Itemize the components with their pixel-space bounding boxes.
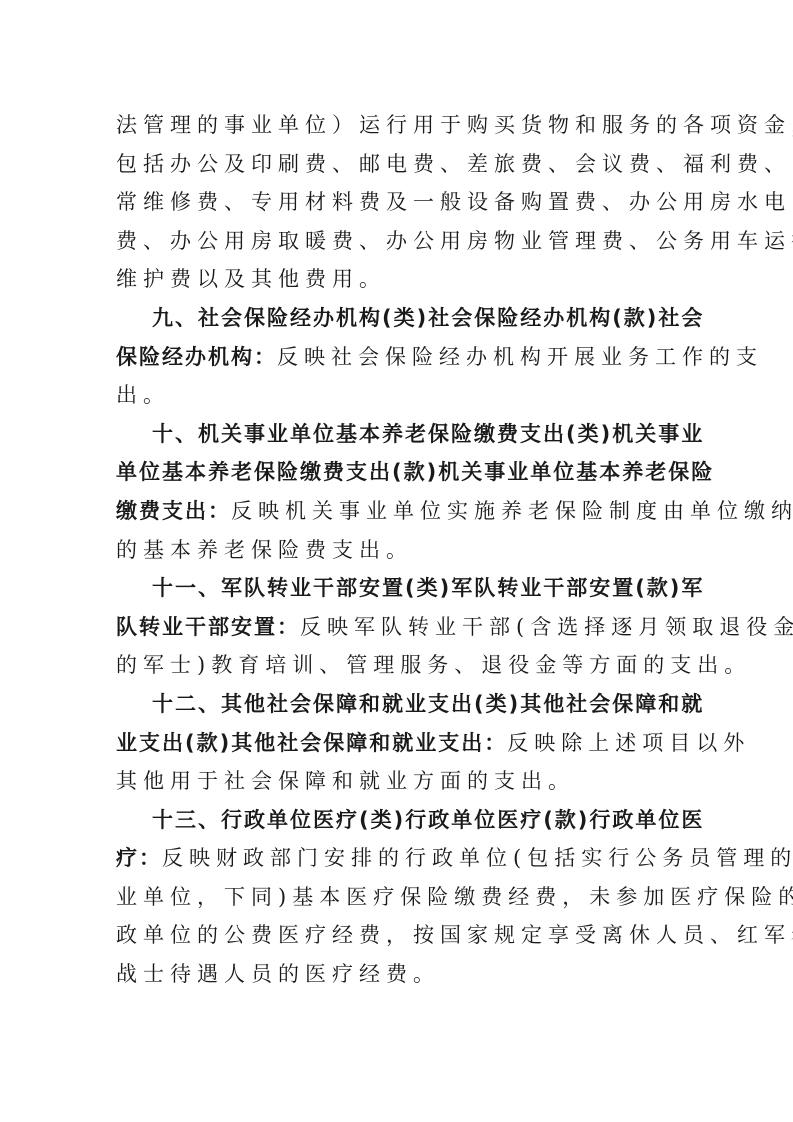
section-9: 九、社会保险经办机构(类)社会保险经办机构(款)社会 保险经办机构：反映社会保险… — [116, 299, 686, 415]
section-12: 十二、其他社会保障和就业支出(类)其他社会保障和就 业支出(款)其他社会保障和就… — [116, 685, 686, 801]
section-line: 战士待遇人员的医疗经费。 — [116, 955, 686, 994]
text-line: 法管理的事业单位）运行用于购买货物和服务的各项资金， — [116, 106, 686, 145]
paragraph-continuation: 法管理的事业单位）运行用于购买货物和服务的各项资金， 包括办公及印刷费、邮电费、… — [116, 106, 686, 299]
section-13: 十三、行政单位医疗(类)行政单位医疗(款)行政单位医 疗：反映财政部门安排的行政… — [116, 801, 686, 994]
text-line: 费、办公用房取暖费、办公用房物业管理费、公务用车运行 — [116, 222, 686, 261]
section-line: 疗：反映财政部门安排的行政单位(包括实行公务员管理的事 — [116, 839, 686, 878]
section-heading: 十三、行政单位医疗(类)行政单位医疗(款)行政单位医 — [116, 801, 686, 840]
section-line: 出。 — [116, 376, 686, 415]
section-heading: 九、社会保险经办机构(类)社会保险经办机构(款)社会 — [116, 299, 686, 338]
section-line: 政单位的公费医疗经费，按国家规定享受离休人员、红军老 — [116, 916, 686, 955]
section-line: 缴费支出：反映机关事业单位实施养老保险制度由单位缴纳 — [116, 492, 686, 531]
section-line: 单位基本养老保险缴费支出(款)机关事业单位基本养老保险 — [116, 453, 686, 492]
section-line: 其他用于社会保障和就业方面的支出。 — [116, 762, 686, 801]
section-line: 的军士)教育培训、管理服务、退役金等方面的支出。 — [116, 646, 686, 685]
section-heading: 十二、其他社会保障和就业支出(类)其他社会保障和就 — [116, 685, 686, 724]
text-line: 包括办公及印刷费、邮电费、差旅费、会议费、福利费、日 — [116, 145, 686, 184]
section-11: 十一、军队转业干部安置(类)军队转业干部安置(款)军 队转业干部安置：反映军队转… — [116, 569, 686, 685]
section-line: 业支出(款)其他社会保障和就业支出：反映除上述项目以外 — [116, 724, 686, 763]
section-heading: 十、机关事业单位基本养老保险缴费支出(类)机关事业 — [116, 415, 686, 454]
section-10: 十、机关事业单位基本养老保险缴费支出(类)机关事业 单位基本养老保险缴费支出(款… — [116, 415, 686, 569]
document-body: 法管理的事业单位）运行用于购买货物和服务的各项资金， 包括办公及印刷费、邮电费、… — [116, 106, 686, 994]
section-line: 业单位，下同)基本医疗保险缴费经费，未参加医疗保险的行 — [116, 878, 686, 917]
text-line: 维护费以及其他费用。 — [116, 260, 686, 299]
section-heading: 十一、军队转业干部安置(类)军队转业干部安置(款)军 — [116, 569, 686, 608]
document-page: 法管理的事业单位）运行用于购买货物和服务的各项资金， 包括办公及印刷费、邮电费、… — [0, 0, 793, 1122]
section-line: 队转业干部安置：反映军队转业干部(含选择逐月领取退役金 — [116, 608, 686, 647]
section-line: 的基本养老保险费支出。 — [116, 531, 686, 570]
text-line: 常维修费、专用材料费及一般设备购置费、办公用房水电 — [116, 183, 686, 222]
section-line: 保险经办机构：反映社会保险经办机构开展业务工作的支 — [116, 338, 686, 377]
